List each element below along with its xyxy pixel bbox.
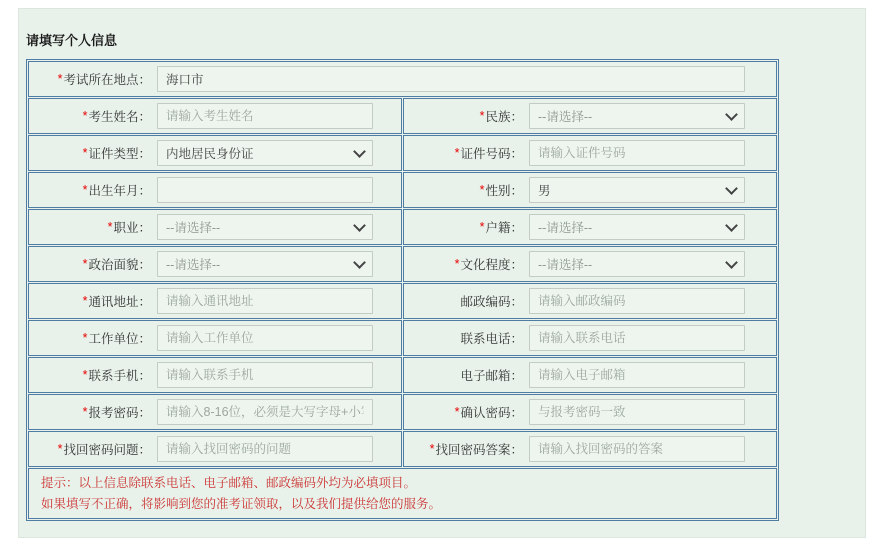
select-value: 内地居民身份证 [166,144,254,162]
required-asterisk: * [480,183,485,197]
ethnicity-select[interactable]: --请选择-- [529,103,745,129]
id-number-input[interactable] [529,140,745,166]
exam-location-input[interactable] [157,66,745,92]
table-row: *找回密码问题： *找回密码答案： [28,431,777,467]
table-row: *考试所在地点： [28,61,777,97]
work-unit-input[interactable] [157,325,373,351]
exam-location-label: *考试所在地点： [29,70,157,88]
select-value: --请选择-- [538,218,592,236]
birth-date-label: *出生年月： [29,181,157,199]
confirm-password-label: *确认密码： [404,403,529,421]
page-title: 请填写个人信息 [26,30,865,49]
table-row: *报考密码： *确认密码： [28,394,777,430]
table-row: *职业： --请选择-- *户籍： --请选择-- [28,209,777,245]
required-asterisk: * [83,368,88,382]
personal-info-form: *考试所在地点： *考生姓名： *民族： --请选择-- [26,59,779,521]
email-input[interactable] [529,362,745,388]
occupation-label: *职业： [29,218,157,236]
education-label: *文化程度： [404,255,529,273]
chevron-down-icon [725,108,738,121]
work-unit-label: *工作单位： [29,329,157,347]
required-asterisk: * [83,109,88,123]
hint-line-1: 提示：以上信息除联系电话、电子邮箱、邮政编码外均为必填项目。 [41,473,764,494]
political-status-label: *政治面貌： [29,255,157,273]
occupation-select[interactable]: --请选择-- [157,214,373,240]
password-label: *报考密码： [29,403,157,421]
gender-select[interactable]: 男 [529,177,745,203]
mobile-phone-label: *联系手机： [29,366,157,384]
required-asterisk: * [83,405,88,419]
household-label: *户籍： [404,218,529,236]
recovery-question-input[interactable] [157,436,373,462]
recovery-question-label: *找回密码问题： [29,440,157,458]
mailing-address-label: *通讯地址： [29,292,157,310]
required-asterisk: * [83,294,88,308]
birth-date-input[interactable] [157,177,373,203]
table-row: 提示：以上信息除联系电话、电子邮箱、邮政编码外均为必填项目。 如果填写不正确，将… [28,468,777,519]
chevron-down-icon [725,256,738,269]
confirm-password-input[interactable] [529,399,745,425]
select-value: --请选择-- [166,255,220,273]
education-select[interactable]: --请选择-- [529,251,745,277]
select-value: --请选择-- [538,107,592,125]
select-value: --请选择-- [166,218,220,236]
required-asterisk: * [455,146,460,160]
candidate-name-input[interactable] [157,103,373,129]
select-value: 男 [538,181,551,199]
table-row: *出生年月： *性别： 男 [28,172,777,208]
personal-info-panel: 请填写个人信息 *考试所在地点： *考生姓名： *民族： [18,8,866,538]
postal-code-label: 邮政编码： [404,292,529,310]
mobile-phone-input[interactable] [157,362,373,388]
contact-phone-input[interactable] [529,325,745,351]
required-asterisk: * [58,442,63,456]
recovery-answer-input[interactable] [529,436,745,462]
table-row: *工作单位： 联系电话： [28,320,777,356]
chevron-down-icon [353,256,366,269]
recovery-answer-label: *找回密码答案： [404,440,529,458]
id-type-select[interactable]: 内地居民身份证 [157,140,373,166]
chevron-down-icon [725,219,738,232]
table-row: *证件类型： 内地居民身份证 *证件号码： [28,135,777,171]
chevron-down-icon [353,145,366,158]
mailing-address-input[interactable] [157,288,373,314]
required-asterisk: * [83,331,88,345]
password-input[interactable] [157,399,373,425]
candidate-name-label: *考生姓名： [29,107,157,125]
postal-code-input[interactable] [529,288,745,314]
required-asterisk: * [58,72,63,86]
required-asterisk: * [480,220,485,234]
chevron-down-icon [353,219,366,232]
table-row: *考生姓名： *民族： --请选择-- [28,98,777,134]
chevron-down-icon [725,182,738,195]
table-row: *联系手机： 电子邮箱： [28,357,777,393]
gender-label: *性别： [404,181,529,199]
required-asterisk: * [480,109,485,123]
required-asterisk: * [83,146,88,160]
hint-line-2: 如果填写不正确，将影响到您的准考证领取，以及我们提供给您的服务。 [41,494,764,515]
required-asterisk: * [83,257,88,271]
required-asterisk: * [108,220,113,234]
table-row: *政治面貌： --请选择-- *文化程度： --请选择-- [28,246,777,282]
required-asterisk: * [455,257,460,271]
required-asterisk: * [83,183,88,197]
email-label: 电子邮箱： [404,366,529,384]
contact-phone-label: 联系电话： [404,329,529,347]
required-asterisk: * [430,442,435,456]
id-type-label: *证件类型： [29,144,157,162]
political-status-select[interactable]: --请选择-- [157,251,373,277]
form-hint: 提示：以上信息除联系电话、电子邮箱、邮政编码外均为必填项目。 如果填写不正确，将… [28,468,777,519]
required-asterisk: * [455,405,460,419]
select-value: --请选择-- [538,255,592,273]
ethnicity-label: *民族： [404,107,529,125]
table-row: *通讯地址： 邮政编码： [28,283,777,319]
household-select[interactable]: --请选择-- [529,214,745,240]
id-number-label: *证件号码： [404,144,529,162]
